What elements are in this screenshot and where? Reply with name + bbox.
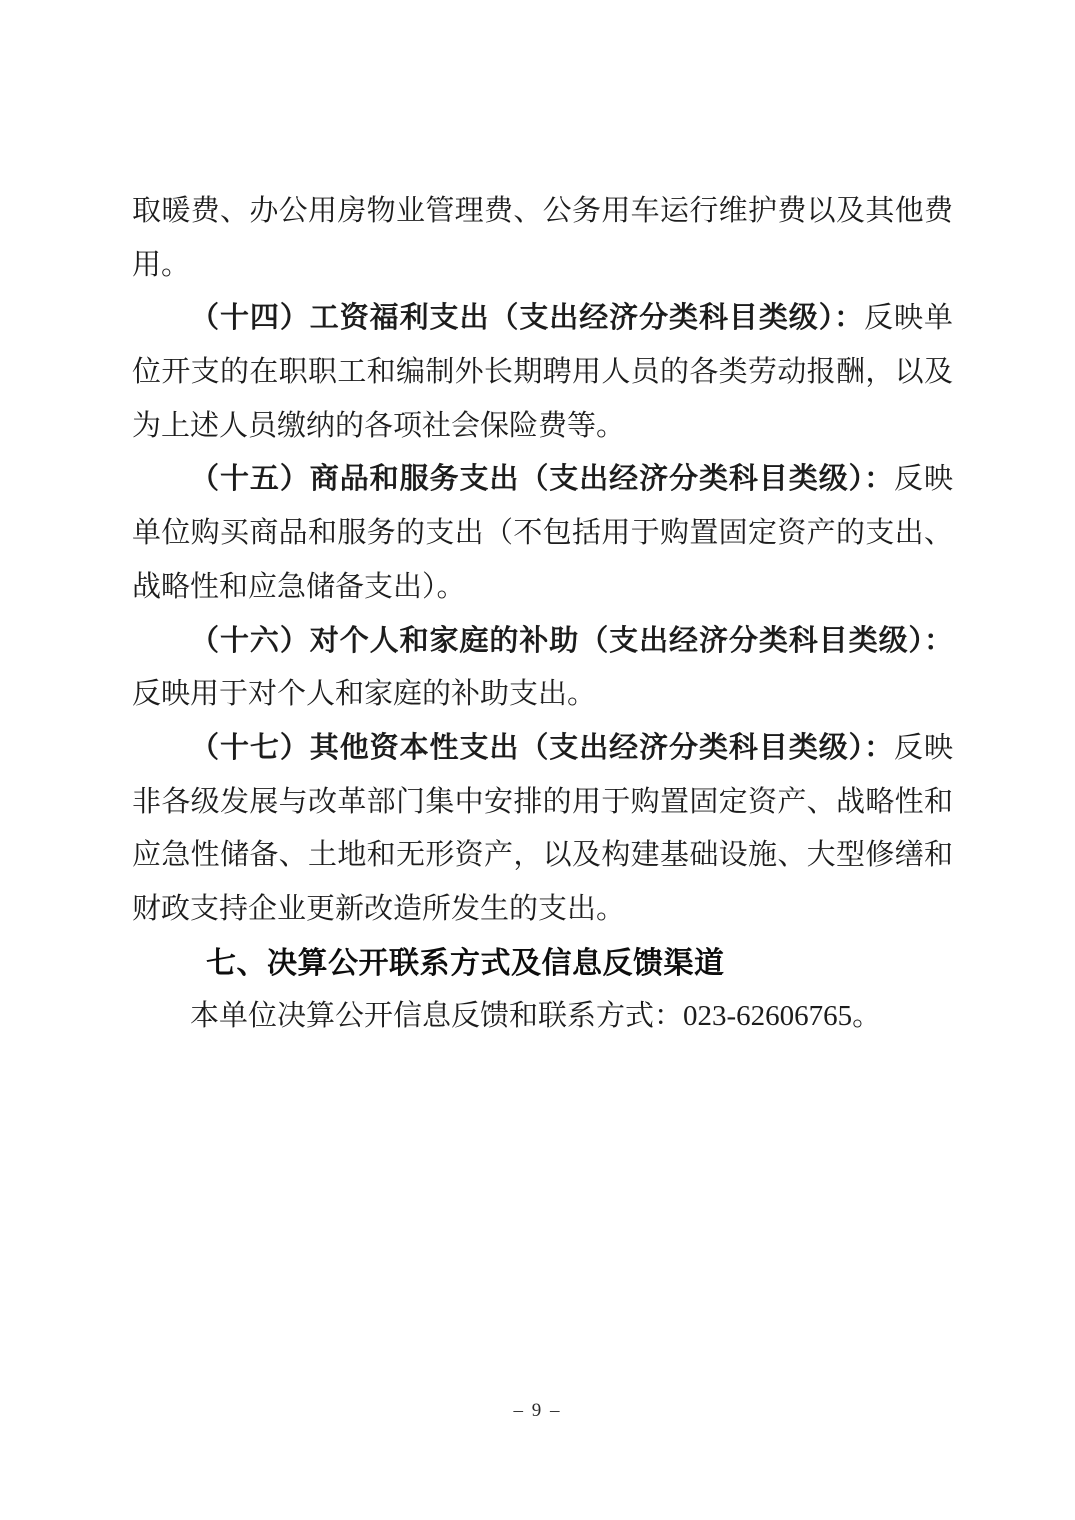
text-line: （十四）工资福利支出（支出经济分类科目类级）：反映单 [132,292,953,346]
text-line: 本单位决算公开信息反馈和联系方式：023-62606765。 [132,990,953,1044]
body-text: 反映用于对个人和家庭的补助支出。 [132,678,596,710]
heading-section-7-contact-feedback: 七、决算公开联系方式及信息反馈渠道 [132,937,953,991]
page-footer: – 9 – [0,1400,1075,1422]
text-line: （十六）对个人和家庭的补助（支出经济分类科目类级）： [132,615,953,669]
text-line: 应急性储备、土地和无形资产，以及构建基础设施、大型修缮和 [132,829,953,883]
bold-lead-text: 七、决算公开联系方式及信息反馈渠道 [206,947,725,980]
body-text: 应急性储备、土地和无形资产，以及构建基础设施、大型修缮和 [132,839,953,871]
text-line: 位开支的在职职工和编制外长期聘用人员的各类劳动报酬，以及 [132,346,953,400]
body-text: 为上述人员缴纳的各项社会保险费等。 [132,410,625,442]
body-text: 非各级发展与改革部门集中安排的用于购置固定资产、战略性和 [132,786,953,818]
para-other-fees-continuation: 取暖费、办公用房物业管理费、公务用车运行维护费以及其他费用。 [132,185,953,292]
para-contact-phone: 本单位决算公开信息反馈和联系方式：023-62606765。 [132,990,953,1044]
para-item-15-goods-services-expenditure: （十五）商品和服务支出（支出经济分类科目类级）：反映单位购买商品和服务的支出（不… [132,453,953,614]
body-text: 反映 [894,463,953,495]
para-item-17-other-capital-expenditure: （十七）其他资本性支出（支出经济分类科目类级）：反映非各级发展与改革部门集中安排… [132,722,953,937]
text-line: 单位购买商品和服务的支出（不包括用于购置固定资产的支出、 [132,507,953,561]
text-line: 非各级发展与改革部门集中安排的用于购置固定资产、战略性和 [132,776,953,830]
para-item-16-subsidies-individuals-families: （十六）对个人和家庭的补助（支出经济分类科目类级）：反映用于对个人和家庭的补助支… [132,615,953,722]
para-item-14-wage-welfare-expenditure: （十四）工资福利支出（支出经济分类科目类级）：反映单位开支的在职职工和编制外长期… [132,292,953,453]
body-text: 用。 [132,249,190,281]
body-text: 战略性和应急储备支出）。 [132,571,466,603]
body-text: 取暖费、办公用房物业管理费、公务用车运行维护费以及其他费 [132,195,953,227]
text-line: 战略性和应急储备支出）。 [132,561,953,615]
bold-lead-text: （十四）工资福利支出（支出经济分类科目类级）： [190,302,864,334]
document-page: 取暖费、办公用房物业管理费、公务用车运行维护费以及其他费用。（十四）工资福利支出… [0,0,1075,1520]
body-text: 单位购买商品和服务的支出（不包括用于购置固定资产的支出、 [132,517,953,549]
page-number: – 9 – [514,1400,562,1421]
body-text: 反映 [894,732,953,764]
text-line: （十五）商品和服务支出（支出经济分类科目类级）：反映 [132,453,953,507]
text-line: 取暖费、办公用房物业管理费、公务用车运行维护费以及其他费 [132,185,953,239]
text-line: 反映用于对个人和家庭的补助支出。 [132,668,953,722]
body-text: 位开支的在职职工和编制外长期聘用人员的各类劳动报酬，以及 [132,356,953,388]
text-line: （十七）其他资本性支出（支出经济分类科目类级）：反映 [132,722,953,776]
bold-lead-text: （十六）对个人和家庭的补助（支出经济分类科目类级）： [190,625,953,657]
text-line: 用。 [132,239,953,293]
text-line: 财政支持企业更新改造所发生的支出。 [132,883,953,937]
bold-lead-text: （十五）商品和服务支出（支出经济分类科目类级）： [190,463,894,495]
body-text: 反映单 [864,302,953,334]
document-body: 取暖费、办公用房物业管理费、公务用车运行维护费以及其他费用。（十四）工资福利支出… [132,185,953,1044]
text-line: 七、决算公开联系方式及信息反馈渠道 [132,937,953,991]
body-text: 本单位决算公开信息反馈和联系方式：023-62606765。 [190,1000,881,1032]
body-text: 财政支持企业更新改造所发生的支出。 [132,893,625,925]
text-line: 为上述人员缴纳的各项社会保险费等。 [132,400,953,454]
bold-lead-text: （十七）其他资本性支出（支出经济分类科目类级）： [190,732,894,764]
